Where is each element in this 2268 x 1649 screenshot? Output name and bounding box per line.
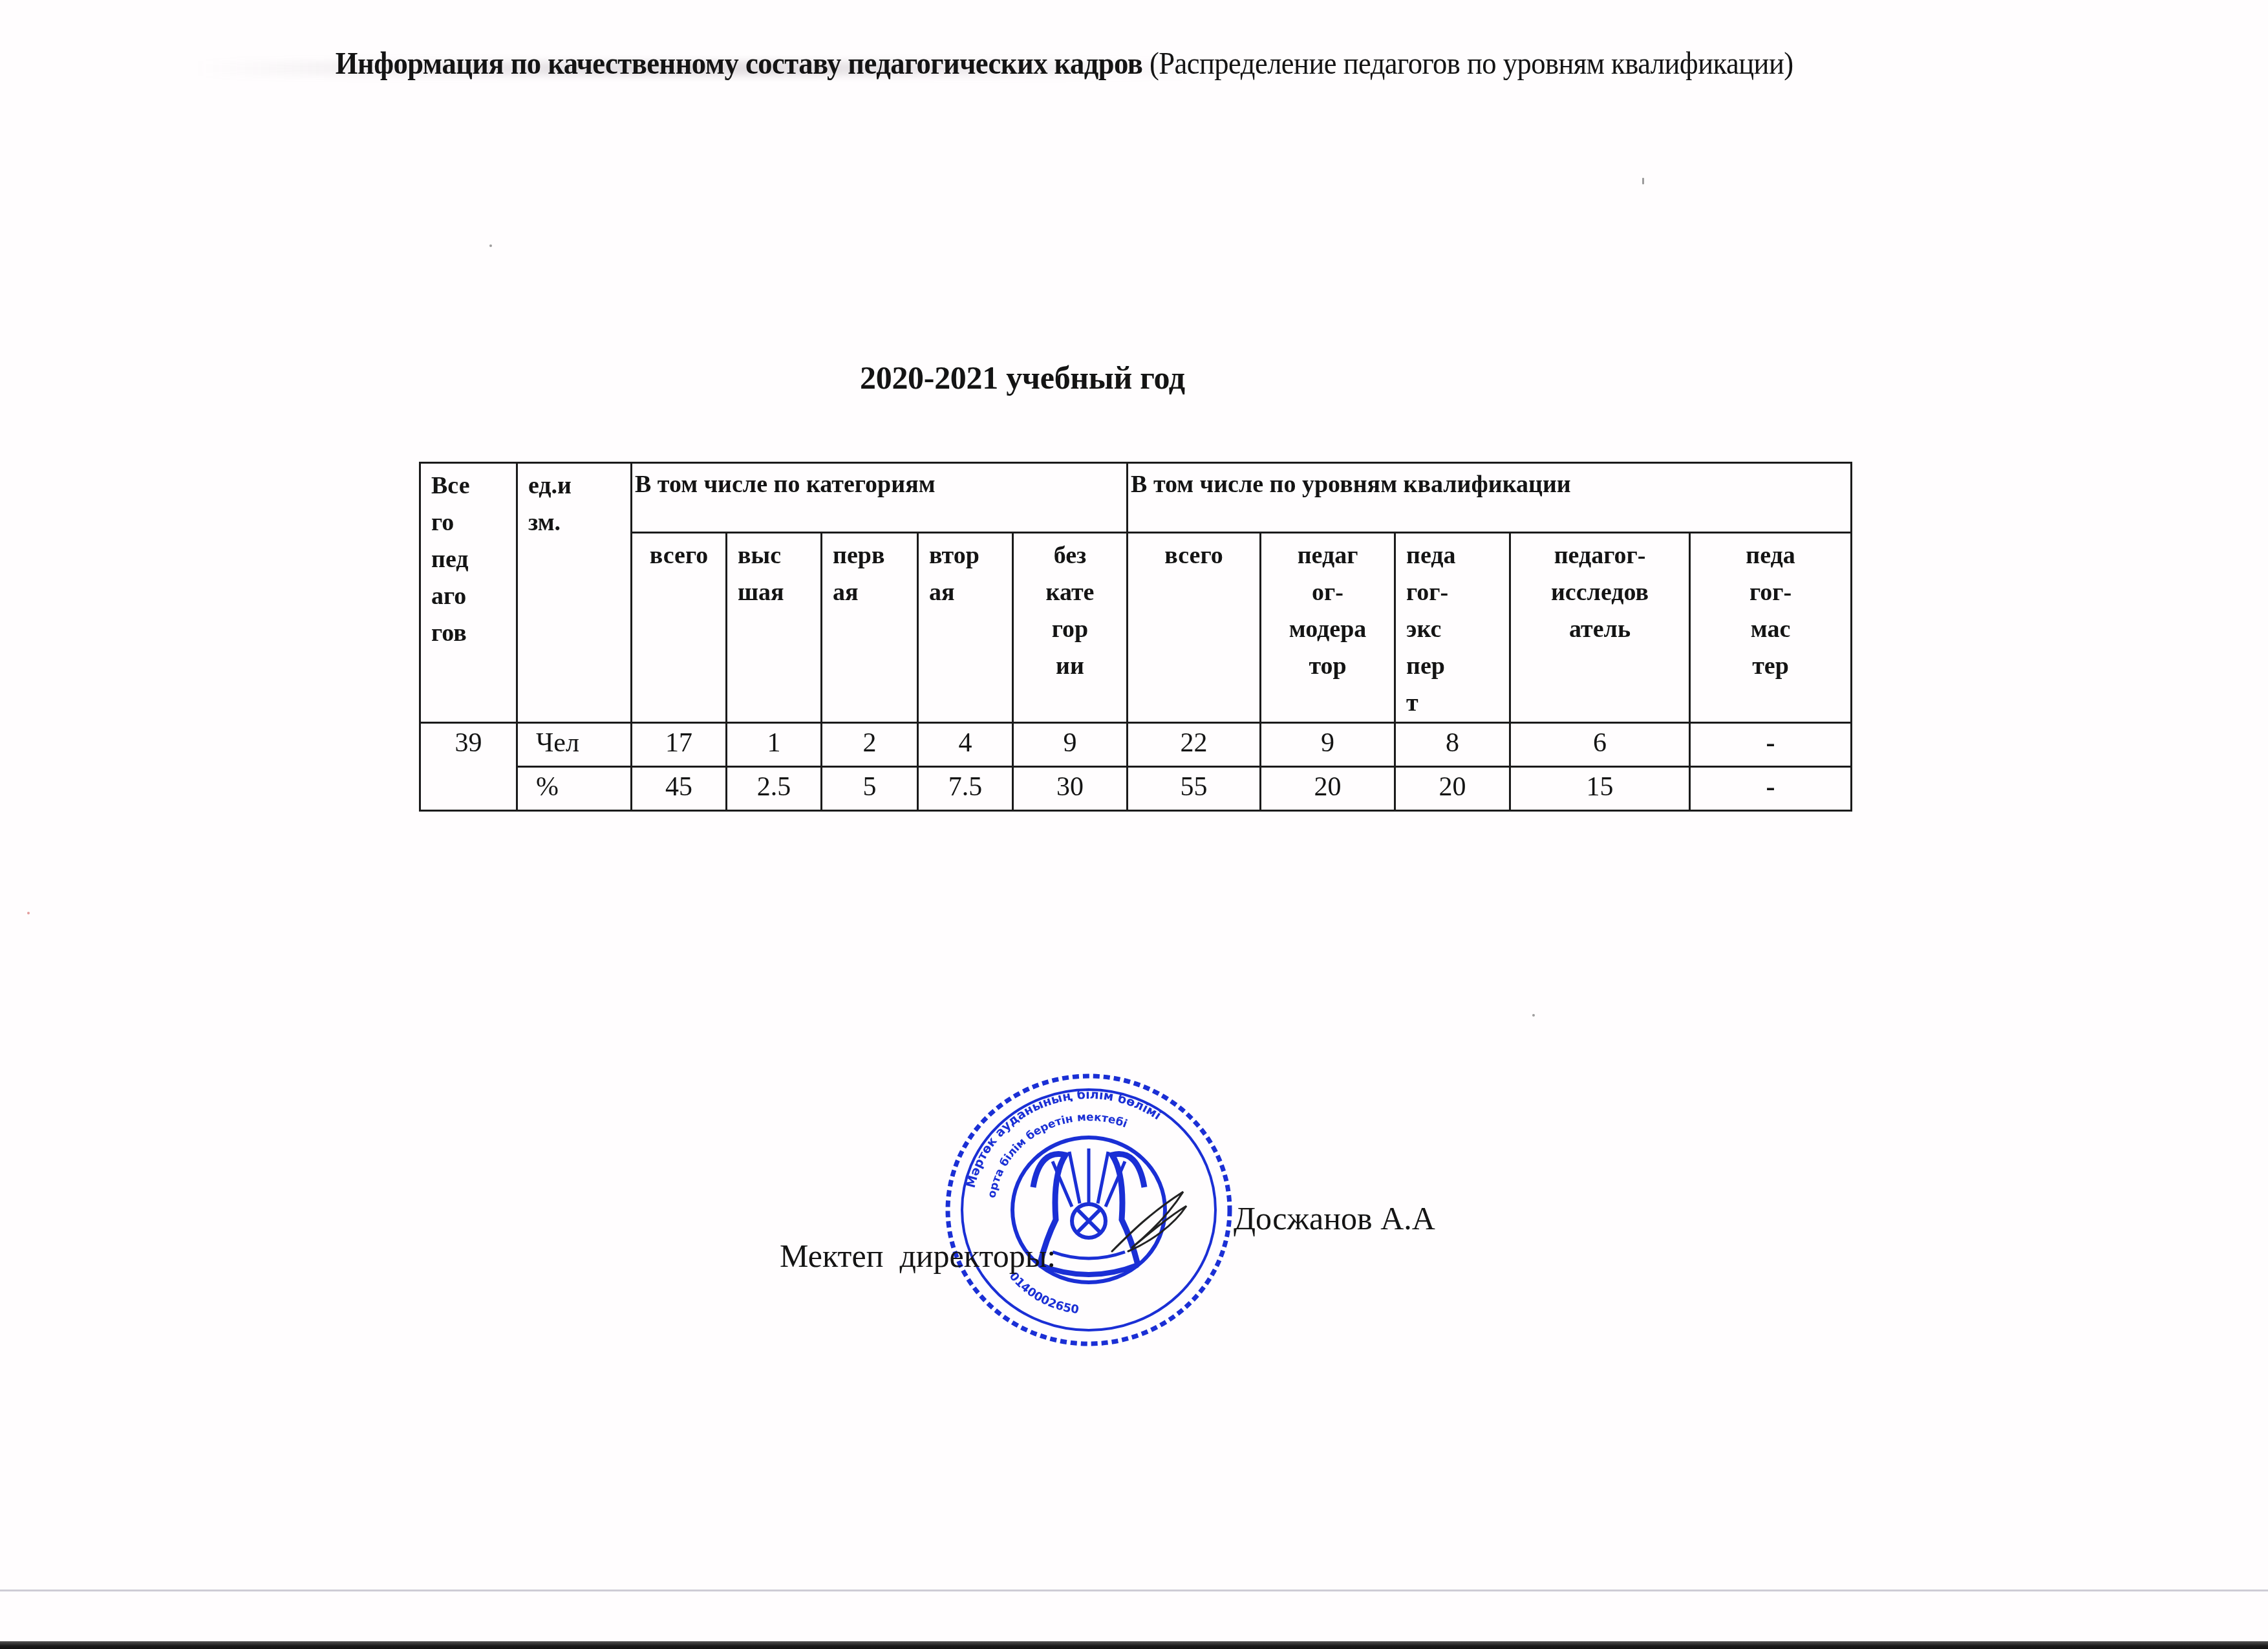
cell-level: 55: [1128, 767, 1261, 811]
header-label: выс шая: [738, 542, 784, 606]
cell-category: 4: [918, 723, 1013, 767]
cell-category: 9: [1013, 723, 1128, 767]
cell-category: 7.5: [918, 767, 1013, 811]
header-category-highest: выс шая: [727, 533, 822, 723]
title-regular-part: (Распределение педагогов по уровням квал…: [1150, 47, 1793, 81]
header-label: Все го пед аго гов: [431, 472, 470, 647]
academic-year-heading: 2020-2021 учебный год: [860, 359, 1185, 396]
header-label: без кате гор ии: [1046, 542, 1095, 680]
header-level-total: всего: [1128, 533, 1261, 723]
header-unit: ед.и зм.: [517, 463, 632, 723]
cell-category: 30: [1013, 767, 1128, 811]
header-category-second: втор ая: [918, 533, 1013, 723]
header-category-total: всего: [632, 533, 727, 723]
header-label: педа гог- экс пер т: [1406, 542, 1455, 717]
cell-total-teachers: 39: [420, 723, 517, 811]
svg-text:Мәртөк ауданының білім бөлімі: Мәртөк ауданының білім бөлімі: [964, 1088, 1164, 1189]
header-row-groups: Все го пед аго гов ед.и зм. В том числе …: [420, 463, 1852, 533]
header-label: всего: [1164, 542, 1223, 569]
header-label: всего: [650, 542, 709, 569]
cell-level: 15: [1510, 767, 1690, 811]
cell-category: 2: [822, 723, 918, 767]
cell-level: -: [1690, 767, 1852, 811]
cell-level: -: [1690, 723, 1852, 767]
director-label: Мектеп директоры:: [780, 1238, 1056, 1274]
header-level-expert: педа гог- экс пер т: [1395, 533, 1510, 723]
title-bold-part: Информация по качественному составу педа…: [336, 47, 1142, 81]
director-name: Досжанов А.А: [1234, 1200, 1435, 1237]
header-label: перв ая: [833, 542, 884, 606]
cell-category: 2.5: [727, 767, 822, 811]
header-label: педаг ог- модера тор: [1289, 542, 1367, 680]
document-title: Информация по качественному составу педа…: [259, 43, 1870, 85]
header-label: втор ая: [929, 542, 979, 606]
header-label: педа гог- мас тер: [1746, 542, 1795, 680]
cell-level: 22: [1128, 723, 1261, 767]
header-level-master: педа гог- мас тер: [1690, 533, 1852, 723]
table-row-percent: % 45 2.5 5 7.5 30 55 20 20 15 -: [420, 767, 1852, 811]
header-label: ед.и зм.: [528, 472, 572, 536]
scan-artifact-line: [0, 1590, 2268, 1591]
cell-category: 45: [632, 767, 727, 811]
header-group-categories: В том числе по категориям: [632, 463, 1128, 533]
cell-category: 17: [632, 723, 727, 767]
scan-speck: [489, 244, 492, 247]
scan-speck: [1642, 178, 1644, 184]
header-total-teachers: Все го пед аго гов: [420, 463, 517, 723]
cell-category: 1: [727, 723, 822, 767]
cell-level: 8: [1395, 723, 1510, 767]
scan-speck: [27, 912, 30, 914]
header-row-subcolumns: всего выс шая перв ая втор ая без кате г…: [420, 533, 1852, 723]
qualification-table: Все го пед аго гов ед.и зм. В том числе …: [419, 462, 1852, 812]
header-category-first: перв ая: [822, 533, 918, 723]
cell-level: 20: [1261, 767, 1395, 811]
cell-unit: %: [517, 767, 632, 811]
header-level-researcher: педагог- исследов атель: [1510, 533, 1690, 723]
scan-edge: [0, 1641, 2268, 1649]
cell-level: 20: [1395, 767, 1510, 811]
header-label: педагог- исследов атель: [1551, 542, 1649, 643]
cell-unit: Чел: [517, 723, 632, 767]
signature-block: Мектеп директоры: Досжанов А.А: [764, 1200, 1539, 1312]
header-group-levels: В том числе по уровням квалификации: [1128, 463, 1852, 533]
cell-category: 5: [822, 767, 918, 811]
header-category-none: без кате гор ии: [1013, 533, 1128, 723]
table-row-count: 39 Чел 17 1 2 4 9 22 9 8 6 -: [420, 723, 1852, 767]
header-level-moderator: педаг ог- модера тор: [1261, 533, 1395, 723]
cell-level: 9: [1261, 723, 1395, 767]
cell-level: 6: [1510, 723, 1690, 767]
scan-speck: [1532, 1014, 1535, 1017]
